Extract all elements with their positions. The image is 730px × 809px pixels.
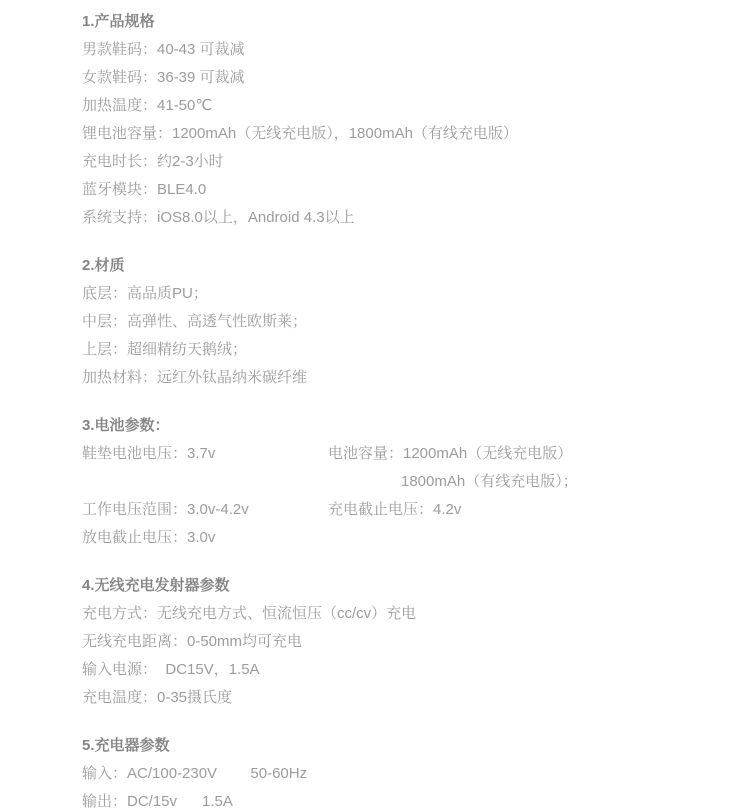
spec-line: 放电截止电压：3.0v [82,524,215,552]
spec-line: 输出：DC/15v 1.5A [82,788,233,809]
spec-row: 鞋垫电池电压：3.7v 电池容量：1200mAh（无线充电版） [82,440,706,468]
spec-row: 放电截止电压：3.0v [82,524,706,552]
section-heading: 4.无线充电发射器参数 [82,572,706,600]
spec-line-left: 鞋垫电池电压：3.7v [82,440,328,468]
spec-row: 无线充电距离：0-50mm均可充电 [82,628,706,656]
section-heading: 5.充电器参数 [82,732,706,760]
spec-line: 系统支持：iOS8.0以上，Android 4.3以上 [82,204,355,232]
spec-line: 输入电源： DC15V，1.5A [82,656,260,684]
spec-line-left: 工作电压范围：3.0v-4.2v [82,496,328,524]
spec-line: 上层：超细精纺天鹅绒； [82,336,247,364]
spec-line: 加热温度：41-50℃ [82,92,212,120]
spec-line: 女款鞋码：36-39 可裁减 [82,64,245,92]
spec-row: 锂电池容量：1200mAh（无线充电版），1800mAh（有线充电版） [82,120,706,148]
spec-row: 上层：超细精纺天鹅绒； [82,336,706,364]
spec-row: 充电温度：0-35摄氏度 [82,684,706,712]
spec-line: 蓝牙模块：BLE4.0 [82,176,206,204]
section-heading: 2.材质 [82,252,706,280]
spec-row: 系统支持：iOS8.0以上，Android 4.3以上 [82,204,706,232]
spec-document: 1.产品规格 男款鞋码：40-43 可裁减 女款鞋码：36-39 可裁减 加热温… [0,0,730,809]
spec-row: 中层：高弹性、高透气性欧斯莱； [82,308,706,336]
spec-line-right: 充电截止电压：4.2v [328,496,461,524]
spec-row: 1800mAh（有线充电版）； [82,468,706,496]
spec-row: 充电时长：约2-3小时 [82,148,706,176]
section-battery-params: 3.电池参数： 鞋垫电池电压：3.7v 电池容量：1200mAh（无线充电版） … [82,412,706,552]
spec-row: 充电方式：无线充电方式、恒流恒压（cc/cv）充电 [82,600,706,628]
spec-line: 底层：高品质PU； [82,280,208,308]
spec-line: 男款鞋码：40-43 可裁减 [82,36,245,64]
section-wireless-charger-params: 4.无线充电发射器参数 充电方式：无线充电方式、恒流恒压（cc/cv）充电 无线… [82,572,706,712]
spec-line: 充电温度：0-35摄氏度 [82,684,232,712]
spec-row: 输入电源： DC15V，1.5A [82,656,706,684]
spec-row: 女款鞋码：36-39 可裁减 [82,64,706,92]
spec-line: 加热材料：远红外钛晶纳米碳纤维 [82,364,307,392]
spec-line: 无线充电距离：0-50mm均可充电 [82,628,302,656]
spec-row: 男款鞋码：40-43 可裁减 [82,36,706,64]
section-charger-params: 5.充电器参数 输入：AC/100-230V 50-60Hz 输出：DC/15v… [82,732,706,809]
spec-row: 底层：高品质PU； [82,280,706,308]
section-heading: 1.产品规格 [82,8,706,36]
section-product-spec: 1.产品规格 男款鞋码：40-43 可裁减 女款鞋码：36-39 可裁减 加热温… [82,8,706,232]
spec-row: 输入：AC/100-230V 50-60Hz [82,760,706,788]
spec-row: 加热材料：远红外钛晶纳米碳纤维 [82,364,706,392]
spec-line: 输入：AC/100-230V 50-60Hz [82,760,307,788]
spec-line: 中层：高弹性、高透气性欧斯莱； [82,308,307,336]
spec-row: 加热温度：41-50℃ [82,92,706,120]
spec-line-right: 1800mAh（有线充电版）； [328,468,578,496]
spec-line: 充电方式：无线充电方式、恒流恒压（cc/cv）充电 [82,600,416,628]
section-material: 2.材质 底层：高品质PU； 中层：高弹性、高透气性欧斯莱； 上层：超细精纺天鹅… [82,252,706,392]
spec-row: 工作电压范围：3.0v-4.2v 充电截止电压：4.2v [82,496,706,524]
spec-row: 蓝牙模块：BLE4.0 [82,176,706,204]
spec-line: 充电时长：约2-3小时 [82,148,224,176]
spec-line: 锂电池容量：1200mAh（无线充电版），1800mAh（有线充电版） [82,120,518,148]
spec-row: 输出：DC/15v 1.5A [82,788,706,809]
spec-line-right: 电池容量：1200mAh（无线充电版） [328,440,572,468]
section-heading: 3.电池参数： [82,412,706,440]
spec-line-left [82,468,328,496]
